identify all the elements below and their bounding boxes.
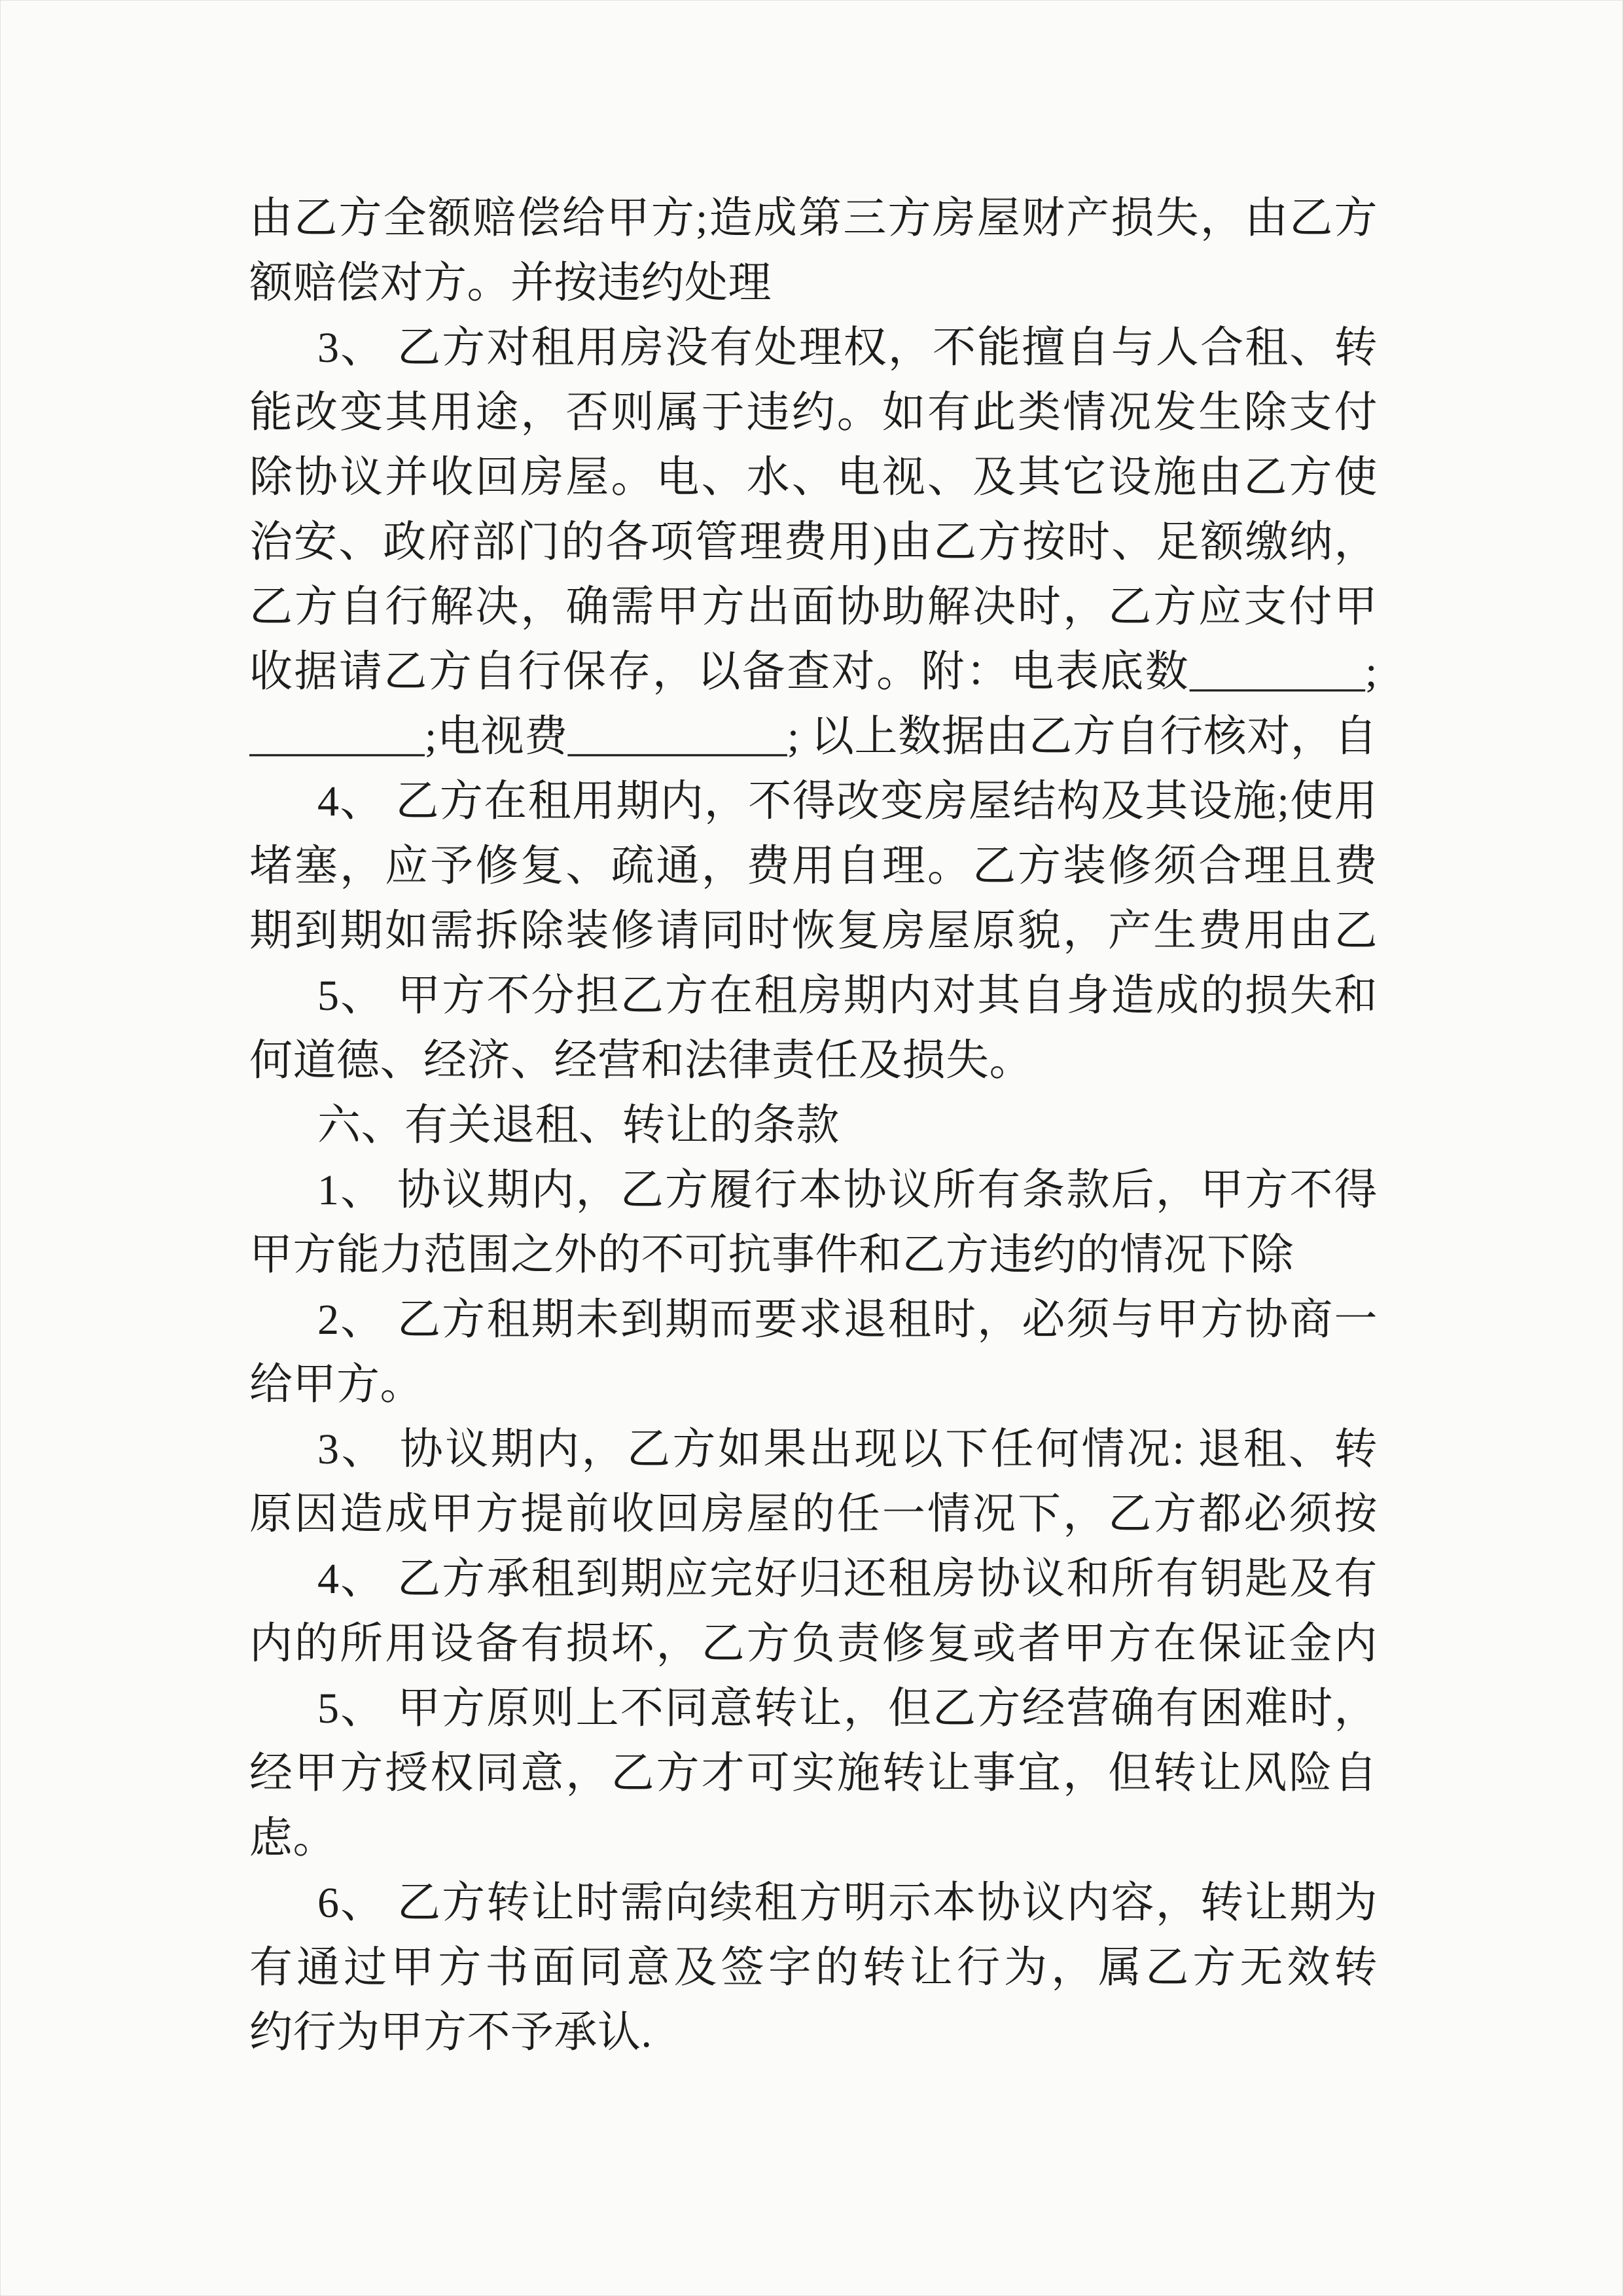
- contract-line: 期到期如需拆除装修请同时恢复房屋原貌，产生费用由乙方自理。并按违约处理: [249, 899, 1378, 963]
- document-viewport: { "page": { "background_color": "#fbfbfa…: [0, 0, 1623, 2296]
- contract-line: 甲方能力范围之外的不可抗事件和乙方违约的情况下除外)。: [249, 1223, 1378, 1287]
- contract-line: 由乙方全额赔偿给甲方;造成第三方房屋财产损失，由乙方负责处理，由乙方全: [249, 186, 1378, 251]
- contract-line: 5、 甲方原则上不同意转让，但乙方经营确有困难时，应提前向甲方申明，: [249, 1676, 1378, 1741]
- contract-line: ________;电视费__________; 以上数据由乙方自行核对，自行填写…: [249, 704, 1378, 769]
- contract-line: 虑。: [249, 1806, 1378, 1871]
- contract-line: 有通过甲方书面同意及签字的转让行为，属乙方无效转让、乙方的无效转让是违: [249, 1935, 1378, 2000]
- contract-line: 乙方自行解决，确需甲方出面协助解决时，乙方应支付甲方必要费用。以上缴费: [249, 575, 1378, 639]
- contract-line: 原因造成甲方提前收回房屋的任一情况下，乙方都必须按协议缴清所有应付款项。: [249, 1482, 1378, 1547]
- contract-line: 4、 乙方承租到期应完好归还租房协议和所有钥匙及有关物品，如果所租房: [249, 1547, 1378, 1611]
- contract-line: 能改变其用途，否则属于违约。如有此类情况发生除支付违约金外，甲方有权解: [249, 380, 1378, 445]
- contract-line: 六、有关退租、转让的条款: [249, 1093, 1378, 1158]
- document-page: 由乙方全额赔偿给甲方;造成第三方房屋财产损失，由乙方负责处理，由乙方全额赔偿对方…: [0, 0, 1623, 2296]
- contract-line: 3、 协议期内，乙方如果出现以下任何情况: 退租、转让、及由于乙方违约: [249, 1417, 1378, 1482]
- contract-line: 堵塞，应予修复、疏通，费用自理。乙方装修须合理且费用自理;乙方退租或租: [249, 834, 1378, 899]
- contract-text-block: 由乙方全额赔偿给甲方;造成第三方房屋财产损失，由乙方负责处理，由乙方全额赔偿对方…: [249, 186, 1378, 2065]
- contract-line: 4、 乙方在租用期内，不得改变房屋结构及其设施;使用中如有损坏或管道: [249, 769, 1378, 834]
- contract-line: 6、 乙方转让时需向续租方明示本协议内容，转让期为租期内期限;乙方没: [249, 1871, 1378, 1935]
- contract-line: 给甲方。: [249, 1352, 1378, 1417]
- contract-line: 额赔偿对方。并按违约处理: [249, 251, 1378, 315]
- contract-line: 1、 协议期内，乙方履行本协议所有条款后，甲方不得提前收回房屋(发生: [249, 1158, 1378, 1223]
- contract-line: 除协议并收回房屋。电、水、电视、及其它设施由乙方使用，产生的费用(包括: [249, 445, 1378, 510]
- contract-line: 3、 乙方对租用房没有处理权，不能擅自与人合租、转租或借给他人，也不: [249, 315, 1378, 380]
- contract-line: 治安、政府部门的各项管理费用)由乙方按时、足额缴纳，如有失误，造成麻烦，: [249, 510, 1378, 575]
- contract-line: 收据请乙方自行保存，以备查对。附：电表底数________;水表底数: [249, 639, 1378, 704]
- contract-line: 约行为甲方不予承认.: [249, 2000, 1378, 2065]
- contract-line: 5、 甲方不分担乙方在租房期内对其自身造成的损失和对第三方造成的任: [249, 963, 1378, 1028]
- contract-line: 何道德、经济、经营和法律责任及损失。: [249, 1028, 1378, 1093]
- contract-line: 经甲方授权同意，乙方才可实施转让事宜，但转让风险自担，请转让双方谨慎考: [249, 1741, 1378, 1806]
- contract-line: 2、 乙方租期未到期而要求退租时，必须与甲方协商一致，另要支付违约金: [249, 1287, 1378, 1352]
- contract-line: 内的所用设备有损坏，乙方负责修复或者甲方在保证金内扣除相应赔偿金额。: [249, 1611, 1378, 1676]
